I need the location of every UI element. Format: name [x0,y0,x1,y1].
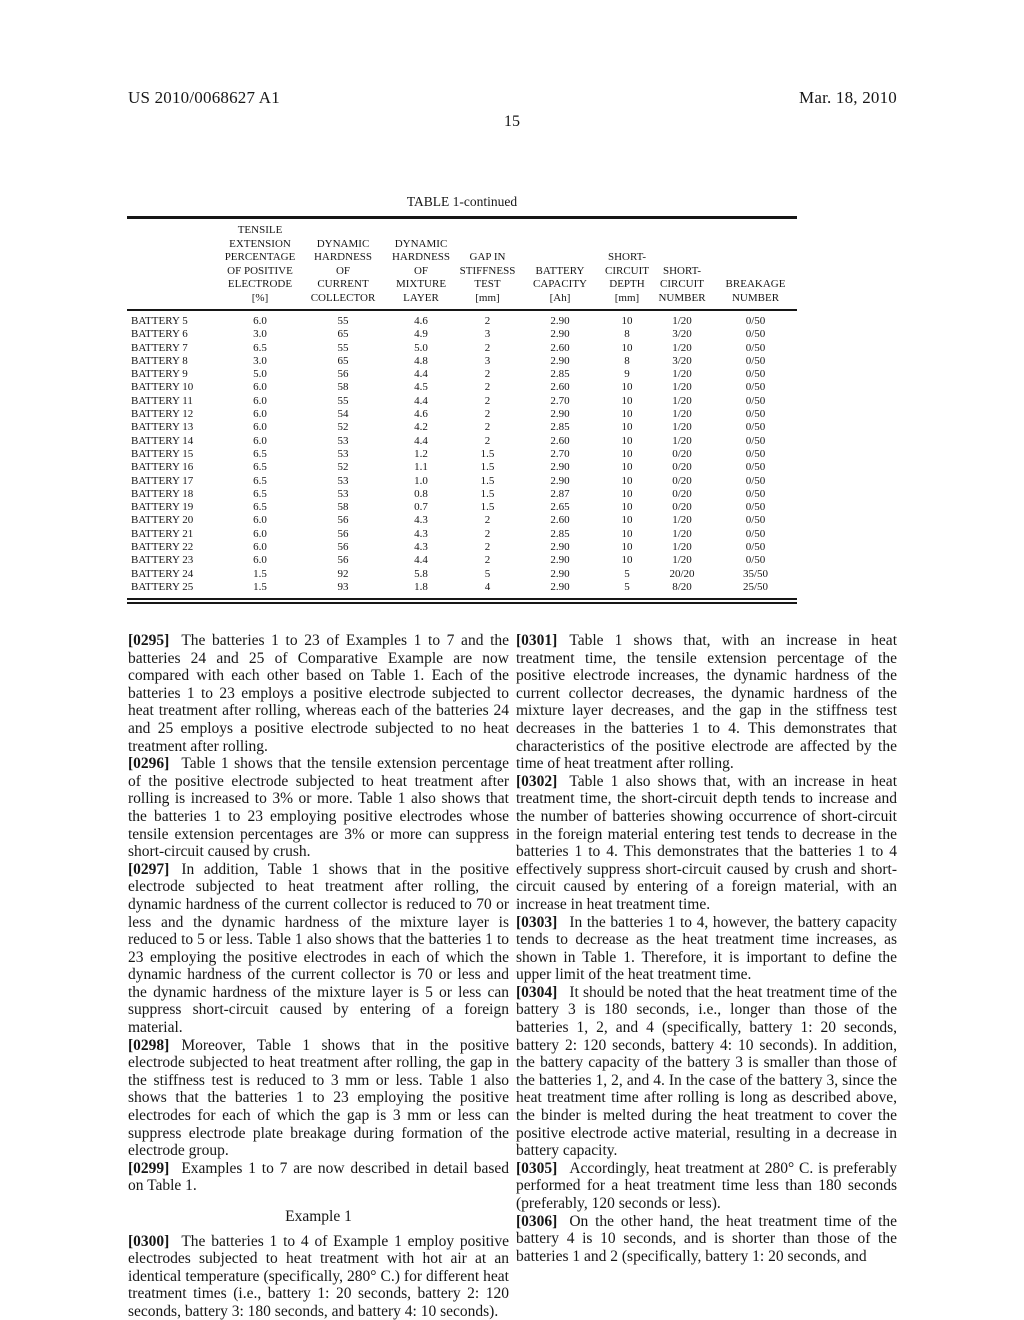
paragraph-0302: [0302]Table 1 also shows that, with an i… [516,773,897,914]
short-circuit-depth-cell: 10 [604,408,650,421]
breakage-number-cell: 0/50 [714,342,797,355]
short-circuit-number-cell: 1/20 [650,541,714,554]
table-row: BATTERY 20 6.0 56 4.3 2 2.60 10 1/20 0/5… [127,514,797,527]
short-circuit-number-cell: 3/20 [650,328,714,341]
breakage-number-cell: 0/50 [714,541,797,554]
hardness-mixture-cell: 4.4 [383,395,459,408]
paragraph-tag: [0298] [128,1037,169,1054]
page-number: 15 [0,113,1024,131]
hardness-mixture-cell: 4.6 [383,408,459,421]
breakage-number-cell: 0/50 [714,514,797,527]
short-circuit-depth-cell: 10 [604,381,650,394]
tensile-extension-cell: 6.0 [217,528,303,541]
short-circuit-depth-cell: 10 [604,395,650,408]
gap-stiffness-cell: 2 [459,528,516,541]
col-header-breakage-number: BREAKAGE NUMBER [714,218,797,311]
hardness-collector-cell: 56 [303,541,383,554]
hardness-collector-cell: 65 [303,355,383,368]
table-row: BATTERY 25 1.5 93 1.8 4 2.90 5 8/20 25/5… [127,581,797,594]
battery-name-cell: BATTERY 15 [127,448,217,461]
paragraph-0305: [0305]Accordingly, heat treatment at 280… [516,1160,897,1213]
paragraph-tag: [0299] [128,1160,169,1177]
hardness-collector-cell: 53 [303,448,383,461]
table-title: TABLE 1-continued [127,194,797,210]
gap-stiffness-cell: 1.5 [459,501,516,514]
tensile-extension-cell: 6.5 [217,488,303,501]
table-row: BATTERY 14 6.0 53 4.4 2 2.60 10 1/20 0/5… [127,435,797,448]
hardness-mixture-cell: 1.0 [383,475,459,488]
paragraph-0303: [0303]In the batteries 1 to 4, however, … [516,914,897,984]
paragraph-tag: [0296] [128,755,169,772]
table-row: BATTERY 7 6.5 55 5.0 2 2.60 10 1/20 0/50 [127,342,797,355]
breakage-number-cell: 0/50 [714,448,797,461]
breakage-number-cell: 0/50 [714,328,797,341]
gap-stiffness-cell: 3 [459,355,516,368]
short-circuit-number-cell: 8/20 [650,581,714,594]
tensile-extension-cell: 6.0 [217,310,303,328]
battery-name-cell: BATTERY 14 [127,435,217,448]
col-header-short-circuit-depth: SHORT- CIRCUIT DEPTH [mm] [604,218,650,311]
short-circuit-number-cell: 1/20 [650,408,714,421]
paragraph-text: It should be noted that the heat treatme… [516,984,897,1159]
table-row: BATTERY 8 3.0 65 4.8 3 2.90 8 3/20 0/50 [127,355,797,368]
paragraph-tag: [0295] [128,632,169,649]
paragraph-tag: [0301] [516,632,557,649]
gap-stiffness-cell: 2 [459,514,516,527]
table-row: BATTERY 17 6.5 53 1.0 1.5 2.90 10 0/20 0… [127,475,797,488]
tensile-extension-cell: 1.5 [217,568,303,581]
battery-capacity-cell: 2.87 [516,488,604,501]
hardness-mixture-cell: 4.6 [383,310,459,328]
hardness-collector-cell: 58 [303,381,383,394]
table-1-continued: TABLE 1-continued TENSILE EXTENSION PERC… [127,194,797,604]
paragraph-tag: [0303] [516,914,557,931]
tensile-extension-cell: 6.0 [217,541,303,554]
short-circuit-number-cell: 1/20 [650,554,714,567]
tensile-extension-cell: 6.5 [217,501,303,514]
battery-name-cell: BATTERY 12 [127,408,217,421]
short-circuit-number-cell: 1/20 [650,435,714,448]
paragraph-tag: [0300] [128,1233,169,1250]
battery-capacity-cell: 2.90 [516,554,604,567]
paragraph-tag: [0305] [516,1160,557,1177]
battery-capacity-cell: 2.90 [516,310,604,328]
hardness-mixture-cell: 1.8 [383,581,459,594]
battery-name-cell: BATTERY 24 [127,568,217,581]
battery-name-cell: BATTERY 6 [127,328,217,341]
battery-name-cell: BATTERY 19 [127,501,217,514]
battery-name-cell: BATTERY 10 [127,381,217,394]
short-circuit-depth-cell: 10 [604,554,650,567]
breakage-number-cell: 25/50 [714,581,797,594]
battery-capacity-cell: 2.90 [516,581,604,594]
table-body: BATTERY 5 6.0 55 4.6 2 2.90 10 1/20 0/50… [127,310,797,594]
paragraph-tag: [0297] [128,861,169,878]
breakage-number-cell: 0/50 [714,435,797,448]
paragraph-0304: [0304]It should be noted that the heat t… [516,984,897,1160]
paragraph-tag: [0302] [516,773,557,790]
tensile-extension-cell: 6.0 [217,421,303,434]
hardness-collector-cell: 93 [303,581,383,594]
table-row: BATTERY 23 6.0 56 4.4 2 2.90 10 1/20 0/5… [127,554,797,567]
gap-stiffness-cell: 1.5 [459,488,516,501]
tensile-extension-cell: 6.0 [217,554,303,567]
hardness-mixture-cell: 4.4 [383,435,459,448]
tensile-extension-cell: 3.0 [217,328,303,341]
hardness-collector-cell: 65 [303,328,383,341]
paragraph-text: The batteries 1 to 4 of Example 1 employ… [128,1233,509,1320]
short-circuit-depth-cell: 10 [604,488,650,501]
hardness-mixture-cell: 5.8 [383,568,459,581]
table-row: BATTERY 9 5.0 56 4.4 2 2.85 9 1/20 0/50 [127,368,797,381]
short-circuit-depth-cell: 9 [604,368,650,381]
battery-name-cell: BATTERY 20 [127,514,217,527]
hardness-mixture-cell: 0.8 [383,488,459,501]
table-bottom-rule [127,598,797,604]
paragraph-0298: [0298]Moreover, Table 1 shows that in th… [128,1037,509,1160]
battery-capacity-cell: 2.90 [516,568,604,581]
gap-stiffness-cell: 2 [459,554,516,567]
hardness-mixture-cell: 4.5 [383,381,459,394]
hardness-mixture-cell: 4.4 [383,368,459,381]
short-circuit-depth-cell: 5 [604,581,650,594]
battery-capacity-cell: 2.70 [516,448,604,461]
table-row: BATTERY 12 6.0 54 4.6 2 2.90 10 1/20 0/5… [127,408,797,421]
gap-stiffness-cell: 2 [459,381,516,394]
hardness-mixture-cell: 4.3 [383,541,459,554]
hardness-collector-cell: 52 [303,421,383,434]
short-circuit-number-cell: 1/20 [650,368,714,381]
short-circuit-number-cell: 1/20 [650,528,714,541]
short-circuit-depth-cell: 10 [604,475,650,488]
short-circuit-depth-cell: 10 [604,435,650,448]
paragraph-text: Accordingly, heat treatment at 280° C. i… [516,1160,897,1212]
hardness-mixture-cell: 4.4 [383,554,459,567]
short-circuit-number-cell: 0/20 [650,488,714,501]
tensile-extension-cell: 6.0 [217,514,303,527]
paragraph-text: Examples 1 to 7 are now described in det… [128,1160,509,1195]
gap-stiffness-cell: 1.5 [459,475,516,488]
hardness-collector-cell: 92 [303,568,383,581]
battery-capacity-cell: 2.60 [516,514,604,527]
paragraph-tag: [0304] [516,984,557,1001]
hardness-collector-cell: 53 [303,475,383,488]
battery-name-cell: BATTERY 11 [127,395,217,408]
short-circuit-number-cell: 1/20 [650,514,714,527]
table-row: BATTERY 10 6.0 58 4.5 2 2.60 10 1/20 0/5… [127,381,797,394]
battery-capacity-cell: 2.90 [516,355,604,368]
paragraph-0306: [0306]On the other hand, the heat treatm… [516,1213,897,1266]
table-row: BATTERY 15 6.5 53 1.2 1.5 2.70 10 0/20 0… [127,448,797,461]
paragraph-text: The batteries 1 to 23 of Examples 1 to 7… [128,632,509,755]
paragraph-text: On the other hand, the heat treatment ti… [516,1213,897,1265]
gap-stiffness-cell: 4 [459,581,516,594]
battery-capacity-cell: 2.60 [516,381,604,394]
short-circuit-number-cell: 1/20 [650,421,714,434]
left-text-column: [0295]The batteries 1 to 23 of Examples … [128,632,509,1320]
hardness-collector-cell: 58 [303,501,383,514]
paragraph-0295: [0295]The batteries 1 to 23 of Examples … [128,632,509,755]
battery-capacity-cell: 2.90 [516,541,604,554]
battery-capacity-cell: 2.85 [516,421,604,434]
short-circuit-number-cell: 0/20 [650,461,714,474]
tensile-extension-cell: 6.0 [217,435,303,448]
hardness-mixture-cell: 0.7 [383,501,459,514]
table-row: BATTERY 22 6.0 56 4.3 2 2.90 10 1/20 0/5… [127,541,797,554]
gap-stiffness-cell: 1.5 [459,448,516,461]
patent-page: US 2010/0068627 A1 Mar. 18, 2010 15 TABL… [0,0,1024,1320]
battery-name-cell: BATTERY 22 [127,541,217,554]
battery-capacity-cell: 2.90 [516,408,604,421]
paragraph-0300: [0300]The batteries 1 to 4 of Example 1 … [128,1233,509,1320]
short-circuit-number-cell: 0/20 [650,448,714,461]
short-circuit-number-cell: 0/20 [650,475,714,488]
breakage-number-cell: 0/50 [714,528,797,541]
paragraph-0301: [0301]Table 1 shows that, with an increa… [516,632,897,773]
paragraph-text: In addition, Table 1 shows that in the p… [128,861,509,1036]
battery-name-cell: BATTERY 9 [127,368,217,381]
hardness-mixture-cell: 4.9 [383,328,459,341]
col-header-hardness-mixture: DYNAMIC HARDNESS OF MIXTURE LAYER [383,218,459,311]
breakage-number-cell: 0/50 [714,395,797,408]
hardness-mixture-cell: 4.3 [383,528,459,541]
short-circuit-number-cell: 1/20 [650,395,714,408]
short-circuit-depth-cell: 10 [604,541,650,554]
short-circuit-depth-cell: 10 [604,514,650,527]
breakage-number-cell: 0/50 [714,501,797,514]
battery-name-cell: BATTERY 18 [127,488,217,501]
breakage-number-cell: 0/50 [714,368,797,381]
breakage-number-cell: 0/50 [714,381,797,394]
paragraph-text: In the batteries 1 to 4, however, the ba… [516,914,897,984]
breakage-number-cell: 0/50 [714,475,797,488]
short-circuit-number-cell: 1/20 [650,310,714,328]
table-row: BATTERY 6 3.0 65 4.9 3 2.90 8 3/20 0/50 [127,328,797,341]
short-circuit-depth-cell: 8 [604,355,650,368]
short-circuit-depth-cell: 5 [604,568,650,581]
tensile-extension-cell: 6.0 [217,408,303,421]
battery-capacity-cell: 2.90 [516,475,604,488]
short-circuit-number-cell: 1/20 [650,381,714,394]
short-circuit-depth-cell: 8 [604,328,650,341]
gap-stiffness-cell: 5 [459,568,516,581]
breakage-number-cell: 0/50 [714,554,797,567]
hardness-collector-cell: 55 [303,395,383,408]
table-row: BATTERY 21 6.0 56 4.3 2 2.85 10 1/20 0/5… [127,528,797,541]
hardness-collector-cell: 55 [303,310,383,328]
hardness-collector-cell: 52 [303,461,383,474]
battery-capacity-cell: 2.65 [516,501,604,514]
battery-name-cell: BATTERY 21 [127,528,217,541]
example-1-heading: Example 1 [128,1208,509,1226]
short-circuit-depth-cell: 10 [604,448,650,461]
gap-stiffness-cell: 2 [459,395,516,408]
short-circuit-depth-cell: 10 [604,461,650,474]
short-circuit-number-cell: 1/20 [650,342,714,355]
gap-stiffness-cell: 2 [459,310,516,328]
tensile-extension-cell: 1.5 [217,581,303,594]
breakage-number-cell: 0/50 [714,310,797,328]
gap-stiffness-cell: 2 [459,435,516,448]
short-circuit-depth-cell: 10 [604,528,650,541]
battery-capacity-cell: 2.90 [516,328,604,341]
table-row: BATTERY 5 6.0 55 4.6 2 2.90 10 1/20 0/50 [127,310,797,328]
tensile-extension-cell: 6.5 [217,448,303,461]
battery-name-cell: BATTERY 5 [127,310,217,328]
paragraph-text: Table 1 shows that, with an increase in … [516,632,897,772]
table-row: BATTERY 11 6.0 55 4.4 2 2.70 10 1/20 0/5… [127,395,797,408]
col-header-hardness-collector: DYNAMIC HARDNESS OF CURRENT COLLECTOR [303,218,383,311]
paragraph-text: Moreover, Table 1 shows that in the posi… [128,1037,509,1160]
paragraph-tag: [0306] [516,1213,557,1230]
gap-stiffness-cell: 1.5 [459,461,516,474]
hardness-collector-cell: 56 [303,554,383,567]
hardness-mixture-cell: 4.8 [383,355,459,368]
col-header-short-circuit-number: SHORT- CIRCUIT NUMBER [650,218,714,311]
paragraph-text: Table 1 also shows that, with an increas… [516,773,897,913]
hardness-mixture-cell: 1.1 [383,461,459,474]
gap-stiffness-cell: 3 [459,328,516,341]
hardness-mixture-cell: 4.3 [383,514,459,527]
battery-name-cell: BATTERY 25 [127,581,217,594]
tensile-extension-cell: 6.5 [217,475,303,488]
page-header: US 2010/0068627 A1 Mar. 18, 2010 [128,88,897,108]
battery-capacity-cell: 2.90 [516,461,604,474]
breakage-number-cell: 0/50 [714,421,797,434]
patent-number: US 2010/0068627 A1 [128,88,280,108]
paragraph-0296: [0296]Table 1 shows that the tensile ext… [128,755,509,861]
tensile-extension-cell: 6.5 [217,342,303,355]
col-header-battery-capacity: BATTERY CAPACITY [Ah] [516,218,604,311]
gap-stiffness-cell: 2 [459,541,516,554]
paragraph-0297: [0297]In addition, Table 1 shows that in… [128,861,509,1037]
tensile-extension-cell: 6.0 [217,395,303,408]
battery-name-cell: BATTERY 7 [127,342,217,355]
gap-stiffness-cell: 2 [459,408,516,421]
tensile-extension-cell: 6.0 [217,381,303,394]
tensile-extension-cell: 5.0 [217,368,303,381]
battery-capacity-cell: 2.85 [516,368,604,381]
battery-name-cell: BATTERY 23 [127,554,217,567]
gap-stiffness-cell: 2 [459,421,516,434]
short-circuit-depth-cell: 10 [604,310,650,328]
table-row: BATTERY 19 6.5 58 0.7 1.5 2.65 10 0/20 0… [127,501,797,514]
short-circuit-number-cell: 0/20 [650,501,714,514]
breakage-number-cell: 0/50 [714,408,797,421]
table-row: BATTERY 24 1.5 92 5.8 5 2.90 5 20/20 35/… [127,568,797,581]
table-row: BATTERY 13 6.0 52 4.2 2 2.85 10 1/20 0/5… [127,421,797,434]
col-header-tensile-extension: TENSILE EXTENSION PERCENTAGE OF POSITIVE… [217,218,303,311]
battery-capacity-cell: 2.60 [516,342,604,355]
gap-stiffness-cell: 2 [459,342,516,355]
hardness-collector-cell: 55 [303,342,383,355]
col-header-battery [127,218,217,311]
paragraph-text: Table 1 shows that the tensile extension… [128,755,509,860]
breakage-number-cell: 0/50 [714,461,797,474]
battery-name-cell: BATTERY 17 [127,475,217,488]
hardness-mixture-cell: 4.2 [383,421,459,434]
short-circuit-depth-cell: 10 [604,501,650,514]
short-circuit-depth-cell: 10 [604,342,650,355]
battery-name-cell: BATTERY 8 [127,355,217,368]
short-circuit-number-cell: 3/20 [650,355,714,368]
battery-capacity-cell: 2.85 [516,528,604,541]
battery-name-cell: BATTERY 16 [127,461,217,474]
hardness-collector-cell: 53 [303,488,383,501]
col-header-gap-stiffness: GAP IN STIFFNESS TEST [mm] [459,218,516,311]
table-row: BATTERY 16 6.5 52 1.1 1.5 2.90 10 0/20 0… [127,461,797,474]
breakage-number-cell: 35/50 [714,568,797,581]
right-text-column: [0301]Table 1 shows that, with an increa… [516,632,897,1265]
hardness-collector-cell: 53 [303,435,383,448]
breakage-number-cell: 0/50 [714,488,797,501]
hardness-collector-cell: 56 [303,528,383,541]
hardness-mixture-cell: 5.0 [383,342,459,355]
short-circuit-depth-cell: 10 [604,421,650,434]
battery-name-cell: BATTERY 13 [127,421,217,434]
hardness-collector-cell: 54 [303,408,383,421]
table-header: TENSILE EXTENSION PERCENTAGE OF POSITIVE… [127,218,797,311]
data-table: TENSILE EXTENSION PERCENTAGE OF POSITIVE… [127,216,797,594]
tensile-extension-cell: 6.5 [217,461,303,474]
hardness-mixture-cell: 1.2 [383,448,459,461]
breakage-number-cell: 0/50 [714,355,797,368]
battery-capacity-cell: 2.70 [516,395,604,408]
hardness-collector-cell: 56 [303,514,383,527]
table-row: BATTERY 18 6.5 53 0.8 1.5 2.87 10 0/20 0… [127,488,797,501]
tensile-extension-cell: 3.0 [217,355,303,368]
battery-capacity-cell: 2.60 [516,435,604,448]
gap-stiffness-cell: 2 [459,368,516,381]
short-circuit-number-cell: 20/20 [650,568,714,581]
publication-date: Mar. 18, 2010 [799,88,897,108]
paragraph-0299: [0299]Examples 1 to 7 are now described … [128,1160,509,1195]
hardness-collector-cell: 56 [303,368,383,381]
